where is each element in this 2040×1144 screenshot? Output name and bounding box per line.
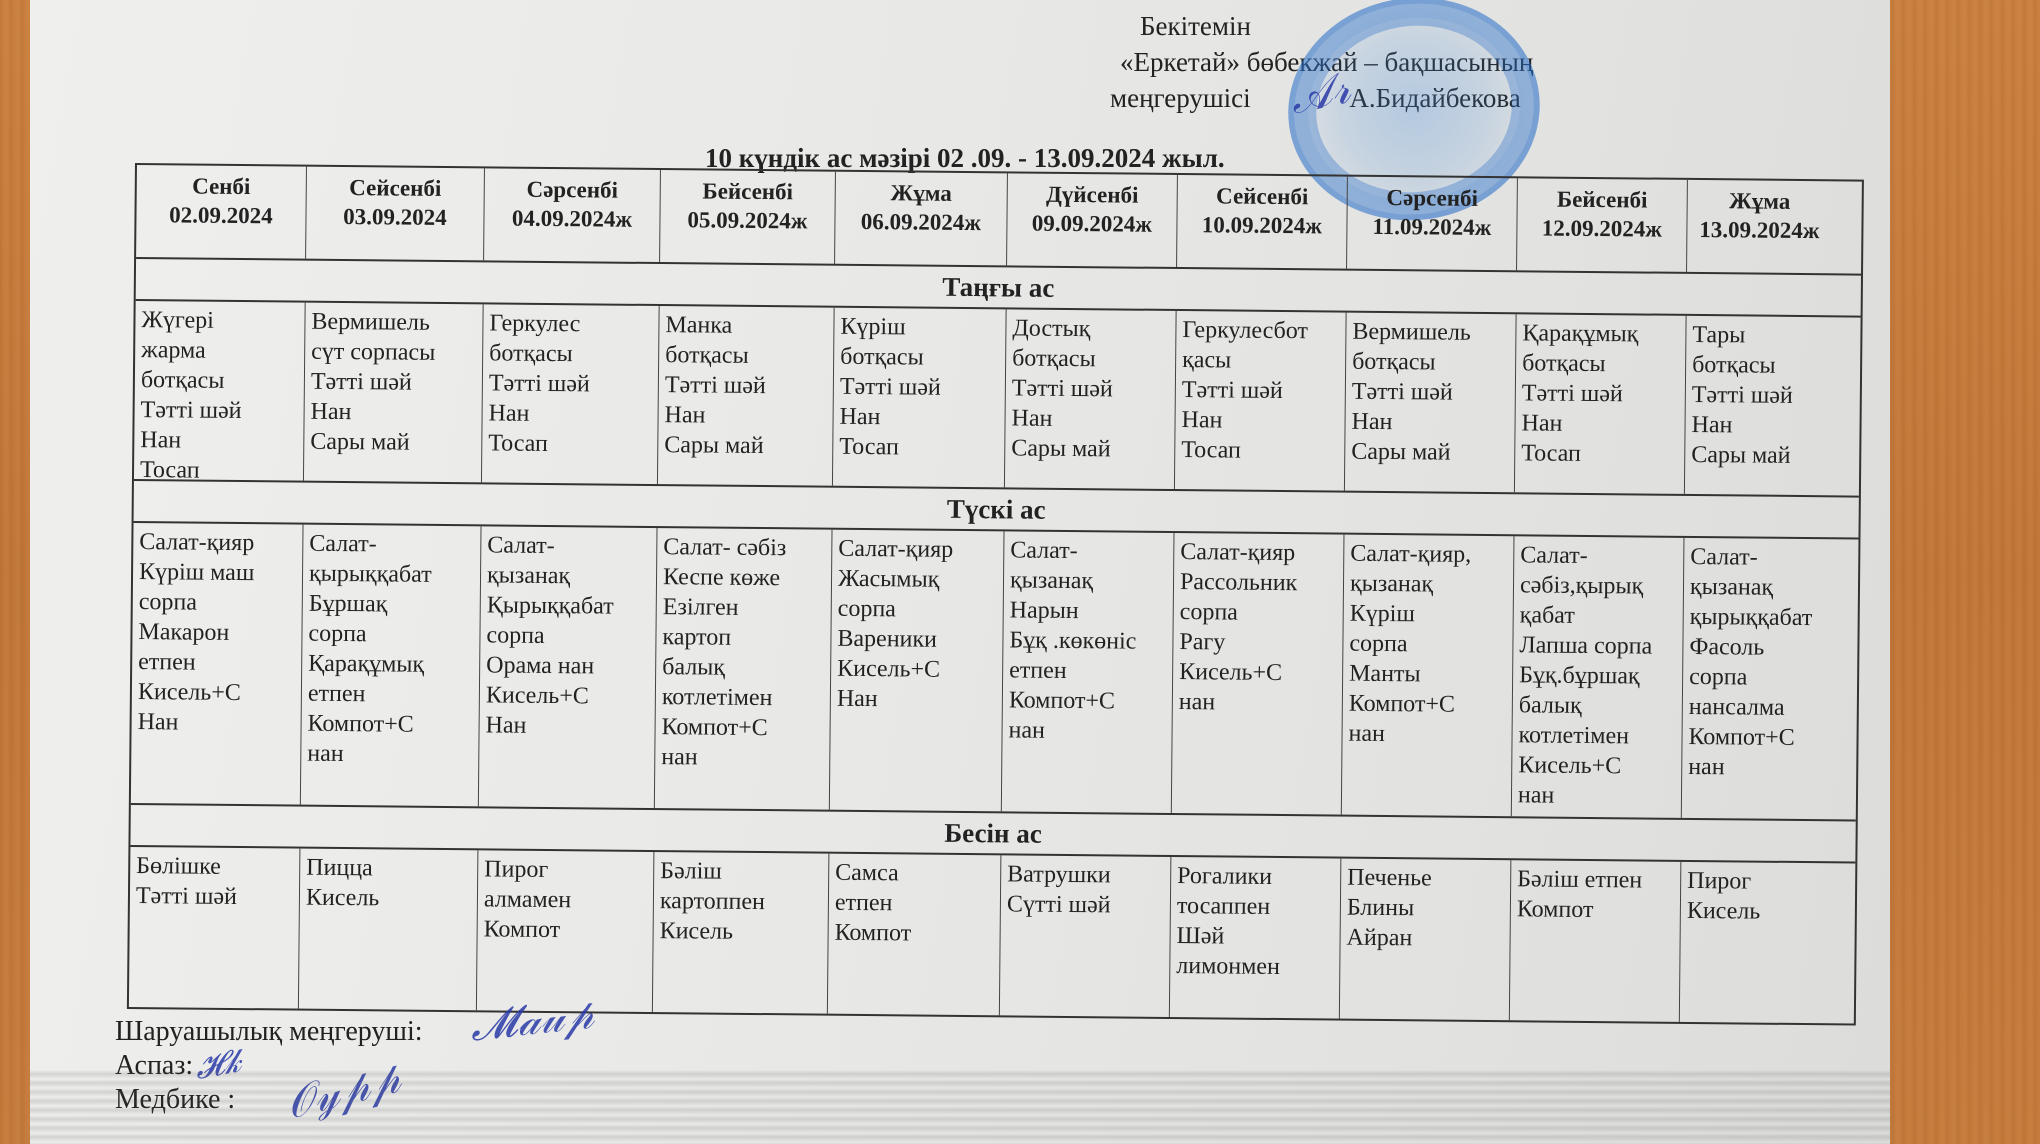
lunch-cell: Салат-қияр Күріш маш сорпа Макарон етпен… [131,523,304,805]
lunch-row: Салат-қияр Күріш маш сорпа Макарон етпен… [131,523,1859,822]
day-header-cell: Сейсенбі10.09.2024ж [1177,175,1348,269]
snack-cell: Ватрушки Сүтті шәй [1000,855,1172,1017]
lunch-cell: Салат- сәбіз,қырық қабат Лапша сорпа Бұқ… [1512,536,1685,818]
day-header-cell: Сейсенбі03.09.2024 [306,167,485,261]
snack-cell: Самса етпен Компот [828,854,1002,1016]
day-header-cell: Дүйсенбі09.09.2024ж [1007,173,1178,267]
day-name: Жұма [1694,186,1826,216]
day-name: Сенбі [143,171,300,202]
lunch-cell: Салат- қырыққабат Бұршақ сорпа Қарақұмық… [301,525,482,807]
snack-cell: Пирог алмамен Компот [477,850,655,1012]
day-header-cell: Бейсенбі05.09.2024ж [660,170,836,264]
head-manager-label: Шаруашылық меңгеруші: [115,1015,423,1049]
lunch-cell: Салат- сәбіз Кеспе көже Езілген картоп б… [655,528,833,810]
snack-cell: Бәліш етпен Компот [1510,860,1682,1022]
day-header-cell: Сәрсенбі11.09.2024ж [1347,177,1518,271]
day-date: 11.09.2024ж [1353,212,1510,243]
breakfast-cell: Жүгері жарма ботқасы Тәтті шәй Нан Тосап [134,301,306,481]
breakfast-cell: Күріш ботқасы Тәтті шәй Нан Тосап [833,308,1007,488]
day-date: 06.09.2024ж [841,207,1000,238]
day-date: 09.09.2024ж [1013,208,1170,239]
lunch-cell: Салат-қияр, қызанақ Күріш сорпа Манты Ко… [1342,535,1515,817]
day-date: 03.09.2024 [312,202,477,233]
day-header-cell: Бейсенбі12.09.2024ж [1517,178,1688,272]
day-header-cell: Жұма06.09.2024ж [835,172,1008,266]
lunch-cell: Салат- қызанақ Нарын Бұқ .көкөніс етпен … [1002,531,1175,813]
breakfast-cell: Манка ботқасы Тәтті шәй Нан Сары май [658,306,835,486]
snack-cell: Пирог Кисель [1680,862,1826,1023]
day-name: Сәрсенбі [491,174,654,205]
day-date: 10.09.2024ж [1183,210,1340,241]
day-name: Сәрсенбі [1354,183,1511,214]
breakfast-cell: Геркулесбот қасы Тәтті шәй Нан Тосап [1175,311,1347,491]
day-date: 04.09.2024ж [490,203,653,234]
snack-row: Бөлішке Тәтті шәйПицца КисельПирог алмам… [129,847,1855,1024]
lunch-cell: Салат-қияр Жасымық сорпа Вареники Кисель… [830,530,1005,812]
day-header-cell: Сәрсенбі04.09.2024ж [484,168,661,262]
snack-cell: Рогалики тосаппен Шәй лимонмен [1170,857,1342,1019]
day-name: Сейсенбі [313,173,478,204]
day-header-row: Сенбі02.09.2024Сейсенбі03.09.2024Сәрсенб… [136,165,1862,276]
day-date: 05.09.2024ж [666,205,828,236]
day-name: Жұма [842,178,1001,209]
breakfast-cell: Вермишель сүт сорпасы Тәтті шәй Нан Сары… [304,303,484,483]
breakfast-row: Жүгері жарма ботқасы Тәтті шәй Нан Тосап… [134,301,1861,498]
day-name: Дүйсенбі [1014,179,1171,210]
lunch-cell: Салат- қызанақ қырыққабат Фасоль сорпа н… [1682,538,1829,819]
day-date: 12.09.2024ж [1523,213,1680,244]
day-header-cell: Сенбі02.09.2024 [136,165,307,259]
breakfast-cell: Тары ботқасы Тәтті шәй Нан Сары май [1685,316,1831,495]
cook-signature-icon: 𝓗𝓀 [192,1041,244,1087]
day-header-cell: Жұма13.09.2024ж [1687,180,1832,273]
menu-table: Сенбі02.09.2024Сейсенбі03.09.2024Сәрсенб… [127,163,1864,1026]
approval-position: меңгерушісі [1110,83,1251,113]
snack-cell: Пицца Кисель [299,849,479,1011]
breakfast-cell: Достық ботқасы Тәтті шәй Нан Сары май [1005,309,1177,489]
breakfast-cell: Вермишель ботқасы Тәтті шәй Нан Сары май [1345,313,1517,493]
day-date: 02.09.2024 [142,200,299,231]
breakfast-cell: Геркулес ботқасы Тәтті шәй Нан Тосап [482,304,660,484]
snack-cell: Печенье Блины Айран [1340,859,1512,1021]
lunch-cell: Салат- қызанақ Қырыққабат сорпа Орама на… [479,526,658,808]
day-date: 13.09.2024ж [1693,215,1825,245]
day-name: Бейсенбі [1524,184,1681,215]
lunch-cell: Салат-қияр Рассольник сорпа Рагу Кисель+… [1172,533,1345,815]
day-name: Бейсенбі [667,176,829,207]
snack-cell: Бөлішке Тәтті шәй [129,847,301,1009]
breakfast-cell: Қарақұмық ботқасы Тәтті шәй Нан Тосап [1515,314,1687,494]
day-name: Сейсенбі [1184,181,1341,212]
snack-cell: Бәліш картоппен Кисель [653,852,830,1014]
